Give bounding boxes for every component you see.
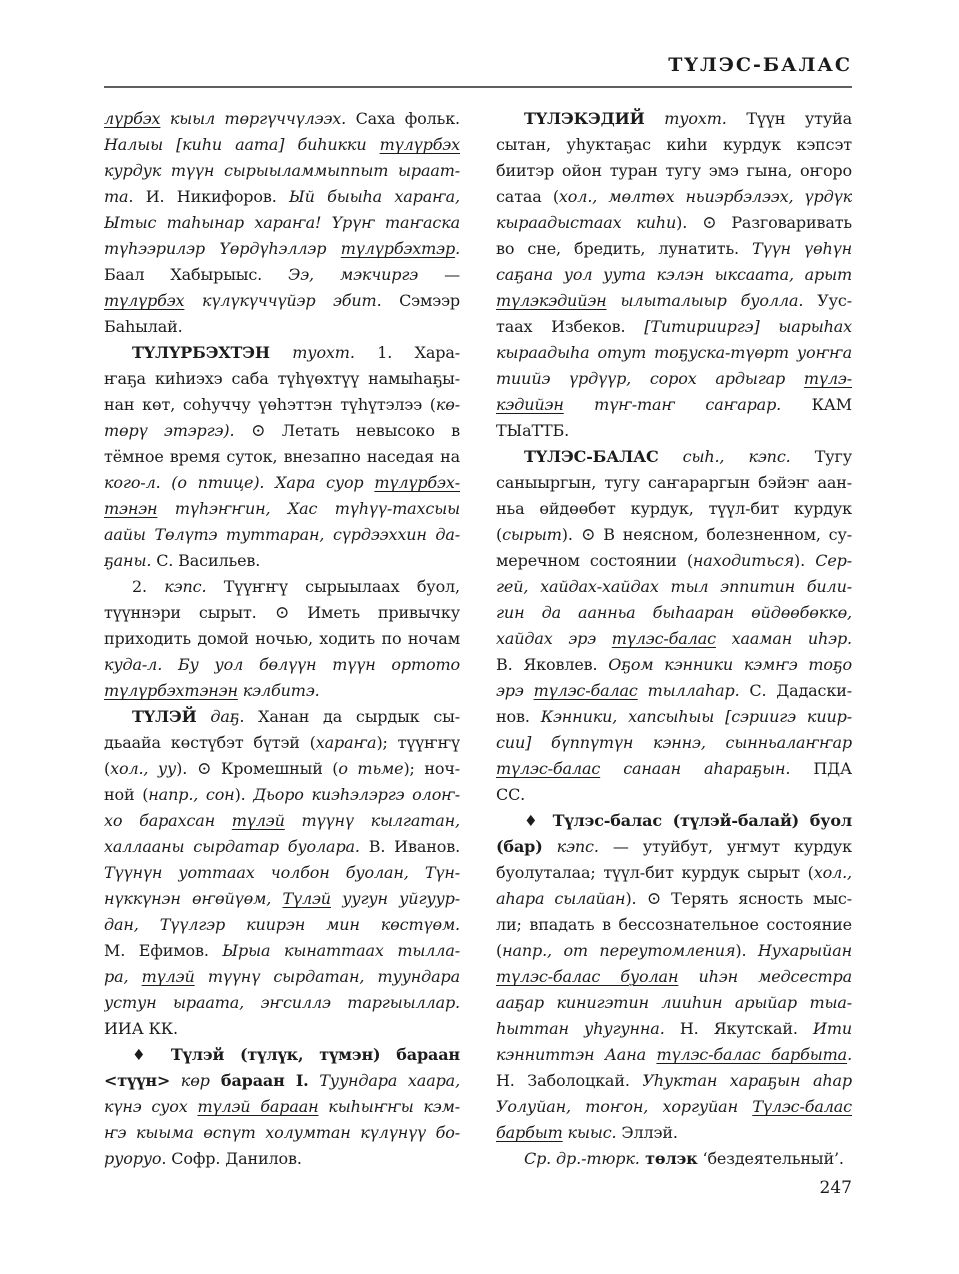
- text-segment: түһэҥҥин, Хас түһүү-тахсыы: [157, 499, 460, 518]
- text-segment: хайдах эрэ: [496, 629, 612, 648]
- text-segment: таах Избеков.: [496, 317, 625, 336]
- text-segment: С. Васильев.: [151, 551, 260, 570]
- text-segment: халлааны сырдатар буолара.: [104, 837, 360, 856]
- text-segment: ааҕар кинигэтин лииһин арыйар тыа-: [496, 993, 852, 1012]
- text-segment: түлэй бараан: [197, 1097, 318, 1116]
- text-line: (напр., от переутомления). Нухарыйан: [496, 938, 852, 964]
- text-line: СС.: [496, 782, 852, 808]
- text-segment: ); түүҥҥү: [376, 733, 460, 752]
- text-line: дан, Түүлгэр киирэн мин көстүөм.: [104, 912, 460, 938]
- text-segment: саныыргын, тугу саҥараргын бэйэҥ аан-: [496, 473, 852, 492]
- text-line: нүккүнэн өҥөйүөм, Түлэй уугун уйгуур-: [104, 886, 460, 912]
- text-line: аайы Төлүтэ туттаран, сүрдээххин да-: [104, 522, 460, 548]
- headword: ТҮЛЭЙ: [132, 707, 197, 726]
- text-line: Баал Хабырыыс. Ээ, мэкчиргэ —: [104, 262, 460, 288]
- text-line: ТҮЛЭЙ даҕ. Ханан да сырдык сы-: [104, 704, 460, 730]
- text-segment: кэпс.: [147, 577, 206, 596]
- text-segment: иһэн медсестра: [678, 967, 852, 986]
- text-segment: һыттан уһугунна.: [496, 1019, 665, 1038]
- text-line: тэнэн түһэҥҥин, Хас түһүү-тахсыы: [104, 496, 460, 522]
- text-segment: Түлэс-балас: [752, 1097, 852, 1116]
- text-segment: Кэнники, хапсыһыы [сэриигэ киир-: [530, 707, 852, 726]
- text-segment: И. Никифоров.: [133, 187, 276, 206]
- diamond-icon: ♦: [132, 1046, 171, 1064]
- text-line: ♦ Түлэй (түлүк, түмэн) бараан: [104, 1042, 460, 1068]
- text-line: түлэс-балас буолан иһэн медсестра: [496, 964, 852, 990]
- circled-dot-icon: ⊙: [257, 603, 290, 623]
- text-line: та. И. Никифоров. Ый быыһа хараҥа,: [104, 184, 460, 210]
- headword: ТҮЛЭС-БАЛАС: [524, 447, 659, 466]
- text-segment: куда-л. Бу уол бөлүүн түүн ортото: [104, 655, 460, 674]
- text-segment: руоруо.: [104, 1149, 166, 1168]
- text-segment: дан, Түүлгэр киирэн мин көстүөм.: [104, 915, 460, 934]
- text-segment: Уһуктан хараҕын аһар: [630, 1071, 852, 1090]
- text-segment: Уолуйан, тоҥон, хоргуйан: [496, 1097, 752, 1116]
- text-segment: Түүҥҥү сырыылаах буол,: [206, 577, 460, 596]
- text-segment: кө-: [436, 395, 460, 414]
- text-line: ҥэ кыыма өспүт холумтан күлүнүү бо-: [104, 1120, 460, 1146]
- text-segment: Ырыа кынаттаах тылла-: [209, 941, 460, 960]
- text-line: гей, хайдах-хайдах тыл эппитин били-: [496, 574, 852, 600]
- text-line: М. Ефимов. Ырыа кынаттаах тылла-: [104, 938, 460, 964]
- text-line: курдук түүн сырыыламмыппыт ыраат-: [104, 158, 460, 184]
- text-line: хайдах эрэ түлэс-балас хааман иһэр.: [496, 626, 852, 652]
- text-segment: түүнү сырдатан, туундара: [195, 967, 460, 986]
- dictionary-page: ТҮЛЭС-БАЛАС лүрбэх кыыл төргүччүлээх. Са…: [0, 0, 959, 1274]
- text-line: ньа өйдөөбөт курдук, түүл-бит курдук: [496, 496, 852, 522]
- text-segment: түлэс-балас буолан: [496, 967, 678, 986]
- text-segment: ).: [794, 551, 805, 570]
- text-line: кыраадыстаах киһи). ⊙ Разговаривать: [496, 210, 852, 236]
- text-segment: ли; впадать в бессознательное состояние: [496, 915, 852, 934]
- text-segment: Түлэс-балас (түлэй-балай) буол: [553, 811, 852, 830]
- circled-dot-icon: ⊙: [234, 421, 265, 441]
- text-line: Налыы [киһи аата] биһикки түлүрбэх: [104, 132, 460, 158]
- text-segment: Летать невысоко в: [265, 421, 460, 440]
- text-segment: туохт.: [270, 343, 355, 362]
- text-segment: Ср. др.-тюрк.: [524, 1149, 640, 1168]
- text-segment: лүрбэх: [104, 109, 160, 128]
- text-segment: Сер-: [805, 551, 852, 570]
- text-segment: аһара сылайан: [496, 889, 625, 908]
- text-segment: тыллаһар.: [638, 681, 740, 700]
- text-segment: сырыт: [502, 525, 562, 544]
- text-line: таах Избеков. [Титирииргэ] ыарыһах: [496, 314, 852, 340]
- text-segment: Оҕом кэнники кэмҥэ тоҕо: [597, 655, 852, 674]
- dictionary-paragraph: ТҮЛЭКЭДИЙ туохт. Түүн утуйасытан, уһукта…: [496, 106, 852, 444]
- text-segment: кэлбитэ.: [238, 681, 320, 700]
- text-line: халлааны сырдатар буолара. В. Иванов.: [104, 834, 460, 860]
- text-segment: В. Иванов.: [360, 837, 460, 856]
- text-segment: Терять ясность мыс-: [661, 889, 852, 908]
- dictionary-paragraph: ТҮЛҮРБЭХТЭН туохт. 1. Хара-ҥаҕа киһиэхэ …: [104, 340, 460, 574]
- text-line: ТҮЛЭС-БАЛАС сыһ., кэпс. Тугу: [496, 444, 852, 470]
- text-segment: [Титирииргэ] ыарыһах: [625, 317, 852, 336]
- running-head: ТҮЛЭС-БАЛАС: [104, 54, 852, 76]
- text-segment: Кромешный (: [211, 759, 338, 778]
- text-line: хо барахсан түлэй түүнү кылгатан,: [104, 808, 460, 834]
- text-segment: Иметь привычку: [289, 603, 460, 622]
- text-segment: түлүрбэх: [104, 291, 184, 310]
- text-segment: гей, хайдах-хайдах тыл эппитин били-: [496, 577, 852, 596]
- text-segment: Баал Хабырыыс.: [104, 265, 262, 284]
- text-line: кэнниттэн Аана түлэс-балас барбыта.: [496, 1042, 852, 1068]
- text-segment: ).: [562, 525, 573, 544]
- text-line: аһара сылайан). ⊙ Терять ясность мыс-: [496, 886, 852, 912]
- text-segment: кэпс.: [543, 837, 599, 856]
- text-segment: устун ыраата, эҥсиллэ таргыыллар.: [104, 993, 460, 1012]
- dictionary-paragraph: ТҮЛЭЙ даҕ. Ханан да сырдык сы-дьаайа көс…: [104, 704, 460, 1042]
- text-segment: Саха фольк.: [346, 109, 460, 128]
- text-segment: ).: [625, 889, 636, 908]
- text-line: ҥаҕа киһиэхэ саба түһүөхтүү намыһаҕы-: [104, 366, 460, 392]
- text-segment: хол., мөлтөх ньиэрбэлээх, үрдүк: [559, 187, 852, 206]
- text-segment: дьаайа көстүбэт бүтэй (: [104, 733, 316, 752]
- text-segment: даҕ.: [197, 707, 245, 726]
- text-segment: түүннэри сырыт.: [104, 603, 257, 622]
- text-line: түһээрилэр Үөрдүһэллэр түлүрбэхтэр.: [104, 236, 460, 262]
- text-segment: хол., уу: [110, 759, 176, 778]
- text-segment: түлүрбэх: [380, 135, 460, 154]
- text-line: ааҕар кинигэтин лииһин арыйар тыа-: [496, 990, 852, 1016]
- text-line: Баһылай.: [104, 314, 460, 340]
- text-segment: СС.: [496, 785, 525, 804]
- text-segment: кэдийэн: [496, 395, 564, 414]
- text-segment: Ый быыһа хараҥа,: [277, 187, 460, 206]
- text-line: ной (напр., сон). Дьоро киэһэлэргэ олоҥ-: [104, 782, 460, 808]
- text-line: түлүрбэхтэнэн кэлбитэ.: [104, 678, 460, 704]
- text-segment: нүккүнэн өҥөйүөм,: [104, 889, 282, 908]
- text-segment: Дьоро киэһэлэргэ олоҥ-: [246, 785, 460, 804]
- text-segment: 2.: [132, 577, 147, 596]
- text-segment: ).: [176, 759, 187, 778]
- text-columns: лүрбэх кыыл төргүччүлээх. Саха фольк.Нал…: [104, 106, 852, 1172]
- dictionary-paragraph: 2. кэпс. Түүҥҥү сырыылаах буол,түүннэри …: [104, 574, 460, 704]
- text-line: лүрбэх кыыл төргүччүлээх. Саха фольк.: [104, 106, 460, 132]
- page-number: 247: [104, 1178, 852, 1198]
- text-line: меречном состоянии (находиться). Сер-: [496, 548, 852, 574]
- text-line: нов. Кэнники, хапсыһыы [сэриигэ киир-: [496, 704, 852, 730]
- text-segment: Ытыс таһынар хараҥа! Үрүҥ таҥаска: [104, 213, 460, 232]
- circled-dot-icon: ⊙: [636, 889, 661, 909]
- text-segment: сии] бүппүтүн кэннэ, сынньалаҥҥар: [496, 733, 852, 752]
- text-segment: биитэр ойон туран тугу эмэ гына, оҥоро: [496, 161, 852, 180]
- text-line: эрэ түлэс-балас тыллаһар. С. Дадаски-: [496, 678, 852, 704]
- text-line: тёмное время суток, внезапно наседая на: [104, 444, 460, 470]
- dictionary-paragraph: ♦ Түлэй (түлүк, түмэн) бараан<түүн> көр …: [104, 1042, 460, 1172]
- text-segment: түлэс-балас барбыта: [656, 1045, 847, 1064]
- circled-dot-icon: ⊙: [573, 525, 596, 545]
- text-line: ҕаны. С. Васильев.: [104, 548, 460, 574]
- text-line: ра, түлэй түүнү сырдатан, туундара: [104, 964, 460, 990]
- text-line: буолуталаа; түүл-бит курдук сырыт (хол.,: [496, 860, 852, 886]
- text-line: ТҮЛҮРБЭХТЭН туохт. 1. Хара-: [104, 340, 460, 366]
- text-segment: находиться: [693, 551, 794, 570]
- text-segment: түлүрбэхтэр: [341, 239, 455, 258]
- text-segment: ылыталыыр буолла.: [607, 291, 804, 310]
- text-segment: Уус-: [803, 291, 852, 310]
- text-line: во сне, бредить, лунатить. Түүн үөһүн: [496, 236, 852, 262]
- text-segment: напр., сон: [148, 785, 234, 804]
- text-segment: түлэй: [232, 811, 285, 830]
- text-segment: ); ноч-: [403, 759, 460, 778]
- text-segment: уугун уйгуур-: [331, 889, 460, 908]
- text-segment: ҥэ кыыма өспүт холумтан күлүнүү бо-: [104, 1123, 460, 1142]
- text-line: барбыт кыыс. Эллэй.: [496, 1120, 852, 1146]
- dictionary-paragraph: Ср. др.-тюрк. төлэк ‘бездеятельный’.: [496, 1146, 852, 1172]
- text-segment: күлүкүччүйэр эбит.: [184, 291, 381, 310]
- text-line: нан көт, соһуччу үөһэттэн түһүтэлээ (кө-: [104, 392, 460, 418]
- text-segment: Разговаривать: [717, 213, 852, 232]
- column-right: ТҮЛЭКЭДИЙ туохт. Түүн утуйасытан, уһукта…: [496, 106, 852, 1172]
- text-segment: Ити: [798, 1019, 852, 1038]
- text-line: ИИА КК.: [104, 1016, 460, 1042]
- text-segment: түлэс-балас: [612, 629, 716, 648]
- text-line: Ытыс таһынар хараҥа! Үрүҥ таҥаска: [104, 210, 460, 236]
- header-rule: [104, 86, 852, 88]
- text-segment: түһээрилэр Үөрдүһэллэр: [104, 239, 341, 258]
- text-segment: 1. Хара-: [355, 343, 460, 362]
- text-segment: хол.,: [814, 863, 852, 882]
- text-segment: Н. Якутскай.: [665, 1019, 798, 1038]
- text-segment: Баһылай.: [104, 317, 183, 336]
- text-segment: ной (: [104, 785, 148, 804]
- text-line: Түүнүн уоттаах чолбон буолан, Түн-: [104, 860, 460, 886]
- text-segment: ‘бездеятельный’.: [698, 1149, 844, 1168]
- dictionary-paragraph: ♦ Түлэс-балас (түлэй-балай) буол(бар) кэ…: [496, 808, 852, 1146]
- text-segment: Ханан да сырдык сы-: [244, 707, 460, 726]
- text-segment: .: [847, 1045, 852, 1064]
- text-segment: .: [455, 239, 460, 258]
- text-segment: меречном состоянии (: [496, 551, 693, 570]
- text-line: түлэкэдийэн ылыталыыр буолла. Уус-: [496, 288, 852, 314]
- text-segment: ТЫаТТБ.: [496, 421, 569, 440]
- dictionary-paragraph: ТҮЛЭС-БАЛАС сыһ., кэпс. Тугусаныыргын, т…: [496, 444, 852, 808]
- text-segment: сытан, уһуктаҕас киһи курдук кэпсэт: [496, 135, 852, 154]
- text-segment: В неясном, болезненном, су-: [595, 525, 852, 544]
- text-segment: көр: [170, 1071, 210, 1090]
- text-line: күнэ суох түлэй бараан кыһыҥҥы кэм-: [104, 1094, 460, 1120]
- text-segment: күнэ суох: [104, 1097, 197, 1116]
- text-line: кэдийэн түҥ-таҥ саҥарар. КАМ: [496, 392, 852, 418]
- text-segment: напр., от переутомления: [502, 941, 735, 960]
- text-line: гин да аанньа быһааран өйдөөбөккө,: [496, 600, 852, 626]
- text-line: түүннэри сырыт. ⊙ Иметь привычку: [104, 600, 460, 626]
- text-line: (бар) кэпс. — утуйбут, уҥмут курдук: [496, 834, 852, 860]
- text-line: ТЫаТТБ.: [496, 418, 852, 444]
- text-line: (сырыт). ⊙ В неясном, болезненном, су-: [496, 522, 852, 548]
- text-segment: түлүрбэхтэнэн: [104, 681, 238, 700]
- text-segment: гин да аанньа быһааран өйдөөбөккө,: [496, 603, 852, 622]
- text-segment: — утуйбут, уҥмут курдук: [599, 837, 852, 856]
- text-segment: Софр. Данилов.: [166, 1149, 301, 1168]
- text-line: устун ыраата, эҥсиллэ таргыыллар.: [104, 990, 460, 1016]
- text-line: саныыргын, тугу саҥараргын бэйэҥ аан-: [496, 470, 852, 496]
- text-segment: төлэк: [640, 1149, 698, 1168]
- text-segment: түүнү кылгатан,: [285, 811, 460, 830]
- text-line: ТҮЛЭКЭДИЙ туохт. Түүн утуйа: [496, 106, 852, 132]
- text-segment: саҕана уол уута кэлэн ыксаата, арыт: [496, 265, 852, 284]
- text-line: В. Яковлев. Оҕом кэнники кэмҥэ тоҕо: [496, 652, 852, 678]
- text-segment: тэнэн: [104, 499, 157, 518]
- text-segment: та.: [104, 187, 133, 206]
- text-segment: Түүн үөһүн: [739, 239, 852, 258]
- text-segment: (бар): [496, 837, 543, 856]
- text-segment: Туундара хаара,: [309, 1071, 460, 1090]
- text-line: төрү этэргэ). ⊙ Летать невысоко в: [104, 418, 460, 444]
- text-segment: Сэмээр: [382, 291, 460, 310]
- text-line: Уолуйан, тоҥон, хоргуйан Түлэс-балас: [496, 1094, 852, 1120]
- text-line: дьаайа көстүбэт бүтэй (хараҥа); түүҥҥү: [104, 730, 460, 756]
- text-segment: төрү этэргэ).: [104, 421, 234, 440]
- text-segment: Тугу: [791, 447, 852, 466]
- text-line: 2. кэпс. Түүҥҥү сырыылаах буол,: [104, 574, 460, 600]
- text-segment: сатаа (: [496, 187, 559, 206]
- headword: ТҮЛҮРБЭХТЭН: [132, 343, 270, 362]
- text-line: кого-л. (о птице). Хара суор түлүрбэх-: [104, 470, 460, 496]
- text-segment: Н. Заболоцкай.: [496, 1071, 630, 1090]
- text-segment: кого-л. (о птице). Хара суор: [104, 473, 374, 492]
- text-segment: кэнниттэн Аана: [496, 1045, 656, 1064]
- text-segment: кыыс.: [563, 1123, 617, 1142]
- text-segment: аайы Төлүтэ туттаран, сүрдээххин да-: [104, 525, 460, 544]
- text-segment: В. Яковлев.: [496, 655, 597, 674]
- text-segment: М. Ефимов.: [104, 941, 209, 960]
- text-segment: ҥаҕа киһиэхэ саба түһүөхтүү намыһаҕы-: [104, 369, 460, 388]
- text-segment: түлэс-балас: [496, 759, 600, 778]
- text-segment: бараан I.: [210, 1071, 309, 1090]
- text-line: сии] бүппүтүн кэннэ, сынньалаҥҥар: [496, 730, 852, 756]
- text-segment: түлүрбэх-: [374, 473, 460, 492]
- text-segment: тиийэ үрдүүр, сорох ардыгар: [496, 369, 804, 388]
- column-left: лүрбэх кыыл төргүччүлээх. Саха фольк.Нал…: [104, 106, 460, 1172]
- text-segment: КАМ: [781, 395, 852, 414]
- text-segment: ҕаны.: [104, 551, 151, 570]
- text-segment: С. Дадаски-: [740, 681, 852, 700]
- text-segment: ПДА: [790, 759, 852, 778]
- dictionary-paragraph: лүрбэх кыыл төргүччүлээх. Саха фольк.Нал…: [104, 106, 460, 340]
- text-line: <түүн> көр бараан I. Туундара хаара,: [104, 1068, 460, 1094]
- text-line: куда-л. Бу уол бөлүүн түүн ортото: [104, 652, 460, 678]
- text-line: ли; впадать в бессознательное состояние: [496, 912, 852, 938]
- text-line: сытан, уһуктаҕас киһи курдук кэпсэт: [496, 132, 852, 158]
- text-line: Н. Заболоцкай. Уһуктан хараҕын аһар: [496, 1068, 852, 1094]
- text-line: һыттан уһугунна. Н. Якутскай. Ити: [496, 1016, 852, 1042]
- text-segment: эрэ: [496, 681, 534, 700]
- text-segment: түлэ-: [804, 369, 852, 388]
- text-segment: кыраадыһа отут тоҕуска-түөрт уоҥҥа: [496, 343, 852, 362]
- text-segment: о тьме: [338, 759, 403, 778]
- text-segment: кыраадыстаах киһи: [496, 213, 676, 232]
- text-segment: сыһ., кэпс.: [659, 447, 791, 466]
- text-line: приходить домой ночью, ходить по ночам: [104, 626, 460, 652]
- text-line: тиийэ үрдүүр, сорох ардыгар түлэ-: [496, 366, 852, 392]
- text-segment: Ээ, мэкчиргэ —: [262, 265, 460, 284]
- text-segment: туохт.: [645, 109, 727, 128]
- text-line: сатаа (хол., мөлтөх ньиэрбэлээх, үрдүк: [496, 184, 852, 210]
- text-segment: ньа өйдөөбөт курдук, түүл-бит курдук: [496, 499, 852, 518]
- text-segment: хараҥа: [316, 733, 377, 752]
- circled-dot-icon: ⊙: [187, 759, 211, 779]
- text-segment: Түүнүн уоттаах чолбон буолан, Түн-: [104, 863, 460, 882]
- text-segment: түлэй: [142, 967, 195, 986]
- headword: ТҮЛЭКЭДИЙ: [524, 109, 645, 128]
- text-segment: <түүн>: [104, 1071, 170, 1090]
- text-segment: Нухарыйан: [746, 941, 852, 960]
- text-segment: ра,: [104, 967, 142, 986]
- text-segment: во сне, бредить, лунатить.: [496, 239, 739, 258]
- text-line: түлэс-балас санаан аһараҕын. ПДА: [496, 756, 852, 782]
- text-segment: ИИА КК.: [104, 1019, 178, 1038]
- text-segment: приходить домой ночью, ходить по ночам: [104, 629, 460, 648]
- text-line: кыраадыһа отут тоҕуска-түөрт уоҥҥа: [496, 340, 852, 366]
- text-segment: ).: [735, 941, 746, 960]
- text-segment: кыһыҥҥы кэм-: [319, 1097, 460, 1116]
- text-segment: хааман иһэр.: [716, 629, 852, 648]
- text-segment: Эллэй.: [616, 1123, 677, 1142]
- text-line: руоруо. Софр. Данилов.: [104, 1146, 460, 1172]
- text-segment: тёмное время суток, внезапно наседая на: [104, 447, 460, 466]
- text-segment: Налыы [киһи аата] биһикки: [104, 135, 380, 154]
- text-segment: курдук түүн сырыыламмыппыт ыраат-: [104, 161, 460, 180]
- text-segment: ).: [235, 785, 246, 804]
- text-line: саҕана уол уута кэлэн ыксаата, арыт: [496, 262, 852, 288]
- text-segment: түҥ-таҥ саҥарар.: [564, 395, 781, 414]
- text-line: Ср. др.-тюрк. төлэк ‘бездеятельный’.: [496, 1146, 852, 1172]
- text-line: ♦ Түлэс-балас (түлэй-балай) буол: [496, 808, 852, 834]
- text-line: түлүрбэх күлүкүччүйэр эбит. Сэмээр: [104, 288, 460, 314]
- diamond-icon: ♦: [524, 812, 553, 830]
- text-segment: Түлэй (түлүк, түмэн) бараан: [171, 1045, 460, 1064]
- text-segment: нов.: [496, 707, 530, 726]
- text-line: (хол., уу). ⊙ Кромешный (о тьме); ноч-: [104, 756, 460, 782]
- text-segment: нан көт, соһуччу үөһэттэн түһүтэлээ (: [104, 395, 436, 414]
- text-segment: хо барахсан: [104, 811, 232, 830]
- text-segment: кыыл төргүччүлээх.: [160, 109, 346, 128]
- text-segment: Түүн утуйа: [727, 109, 852, 128]
- text-segment: барбыт: [496, 1123, 563, 1142]
- text-segment: түлэкэдийэн: [496, 291, 607, 310]
- text-segment: Түлэй: [282, 889, 331, 908]
- text-line: биитэр ойон туран тугу эмэ гына, оҥоро: [496, 158, 852, 184]
- text-segment: ).: [676, 213, 687, 232]
- text-segment: санаан аһараҕын.: [600, 759, 790, 778]
- text-segment: түлэс-балас: [534, 681, 638, 700]
- circled-dot-icon: ⊙: [687, 213, 716, 233]
- text-segment: буолуталаа; түүл-бит курдук сырыт (: [496, 863, 814, 882]
